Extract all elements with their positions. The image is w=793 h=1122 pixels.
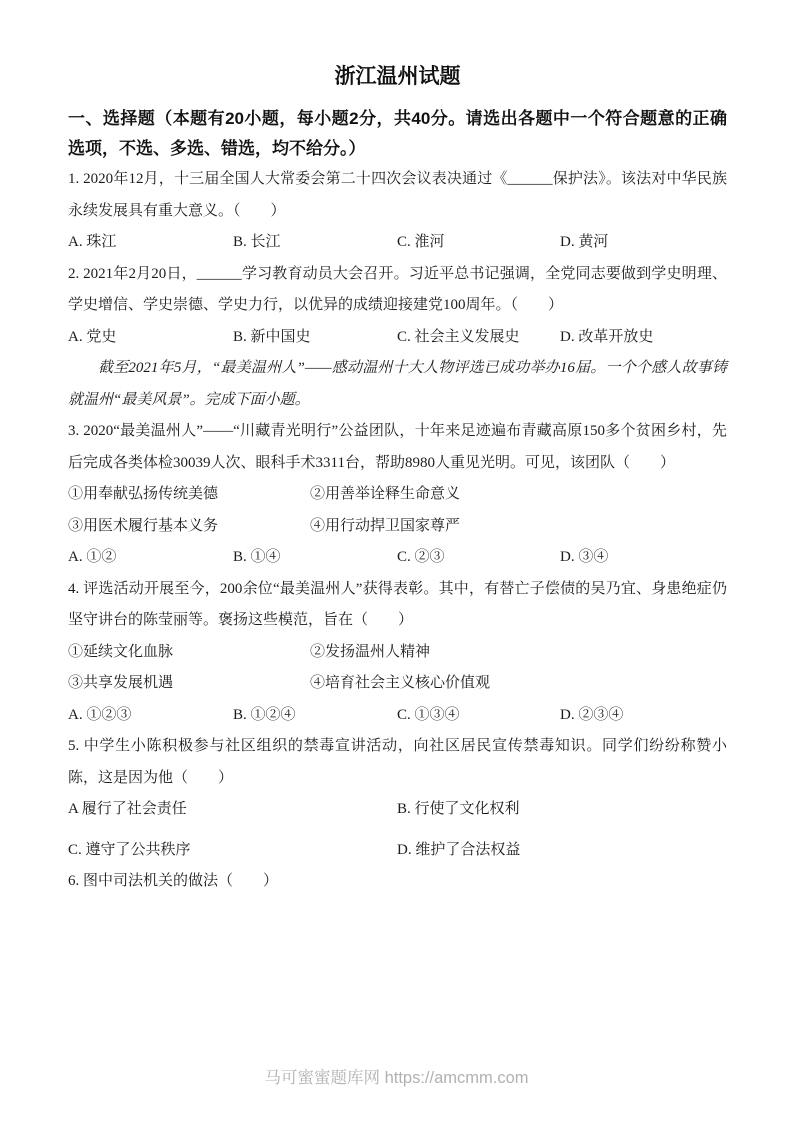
site-footer-watermark: 马可蜜蜜题库网 https://amcmm.com <box>0 1066 793 1090</box>
question-1-options: A. 珠江 B. 长江 C. 淮河 D. 黄河 <box>68 227 727 259</box>
question-4-subitem-2: ②发扬温州人精神 <box>310 637 727 669</box>
question-4-option-b: B. ①②④ <box>233 700 397 732</box>
question-4-subitem-1: ①延续文化血脉 <box>68 637 310 669</box>
question-3-subitem-1: ①用奉献弘扬传统美德 <box>68 479 310 511</box>
question-4-subitems-row-1: ①延续文化血脉 ②发扬温州人精神 <box>68 637 727 669</box>
question-1-stem: 1. 2020年12月，十三届全国人大常委会第二十四次会议表决通过《______… <box>68 164 727 227</box>
question-1-option-d: D. 黄河 <box>560 227 727 259</box>
question-5: 5. 中学生小陈积极参与社区组织的禁毒宣讲活动，向社区居民宣传禁毒知识。同学们纷… <box>68 731 727 866</box>
question-5-option-a: A 履行了社会责任 <box>68 794 397 826</box>
reading-passage: 截至2021年5月，“最美温州人”——感动温州十大人物评选已成功举办16届。一个… <box>68 353 727 416</box>
question-1-option-c: C. 淮河 <box>397 227 560 259</box>
question-2: 2. 2021年2月20日，______学习教育动员大会召开。习近平总书记强调，… <box>68 259 727 354</box>
question-4-option-c: C. ①③④ <box>397 700 560 732</box>
section-header: 一、选择题（本题有20小题，每小题2分，共40分。请选出各题中一个符合题意的正确… <box>68 104 727 164</box>
question-3-stem: 3. 2020“最美温州人”——“川藏青光明行”公益团队，十年来足迹遍布青藏高原… <box>68 416 727 479</box>
question-5-option-b: B. 行使了文化权利 <box>397 794 727 826</box>
question-2-option-a: A. 党史 <box>68 322 233 354</box>
question-6-stem: 6. 图中司法机关的做法（ ） <box>68 866 727 898</box>
question-3-subitem-2: ②用善举诠释生命意义 <box>310 479 727 511</box>
question-5-option-d: D. 维护了合法权益 <box>397 835 727 867</box>
question-4: 4. 评选活动开展至今，200余位“最美温州人”获得表彰。其中，有替亡子偿债的吴… <box>68 574 727 732</box>
question-4-subitem-4: ④培育社会主义核心价值观 <box>310 668 727 700</box>
question-2-option-d: D. 改革开放史 <box>560 322 727 354</box>
question-2-option-b: B. 新中国史 <box>233 322 397 354</box>
question-5-options-row-1: A 履行了社会责任 B. 行使了文化权利 <box>68 794 727 826</box>
question-3-subitems-row-2: ③用医术履行基本义务 ④用行动捍卫国家尊严 <box>68 511 727 543</box>
question-3-option-d: D. ③④ <box>560 542 727 574</box>
question-3-option-a: A. ①② <box>68 542 233 574</box>
question-3-option-c: C. ②③ <box>397 542 560 574</box>
question-5-option-c: C. 遵守了公共秩序 <box>68 835 397 867</box>
question-2-stem: 2. 2021年2月20日，______学习教育动员大会召开。习近平总书记强调，… <box>68 259 727 322</box>
question-4-options: A. ①②③ B. ①②④ C. ①③④ D. ②③④ <box>68 700 727 732</box>
question-1: 1. 2020年12月，十三届全国人大常委会第二十四次会议表决通过《______… <box>68 164 727 259</box>
question-1-option-b: B. 长江 <box>233 227 397 259</box>
question-3: 3. 2020“最美温州人”——“川藏青光明行”公益团队，十年来足迹遍布青藏高原… <box>68 416 727 574</box>
question-5-options-row-2: C. 遵守了公共秩序 D. 维护了合法权益 <box>68 835 727 867</box>
question-4-option-d: D. ②③④ <box>560 700 727 732</box>
question-2-options: A. 党史 B. 新中国史 C. 社会主义发展史 D. 改革开放史 <box>68 322 727 354</box>
document-page: 浙江温州试题 一、选择题（本题有20小题，每小题2分，共40分。请选出各题中一个… <box>0 0 793 1122</box>
question-3-option-b: B. ①④ <box>233 542 397 574</box>
question-1-option-a: A. 珠江 <box>68 227 233 259</box>
question-4-subitems-row-2: ③共享发展机遇 ④培育社会主义核心价值观 <box>68 668 727 700</box>
page-title: 浙江温州试题 <box>68 62 727 92</box>
question-4-subitem-3: ③共享发展机遇 <box>68 668 310 700</box>
question-4-option-a: A. ①②③ <box>68 700 233 732</box>
page-content: 浙江温州试题 一、选择题（本题有20小题，每小题2分，共40分。请选出各题中一个… <box>68 62 727 898</box>
question-2-option-c: C. 社会主义发展史 <box>397 322 560 354</box>
question-3-subitem-4: ④用行动捍卫国家尊严 <box>310 511 727 543</box>
question-3-subitem-3: ③用医术履行基本义务 <box>68 511 310 543</box>
question-6: 6. 图中司法机关的做法（ ） <box>68 866 727 898</box>
question-3-subitems-row-1: ①用奉献弘扬传统美德 ②用善举诠释生命意义 <box>68 479 727 511</box>
question-3-options: A. ①② B. ①④ C. ②③ D. ③④ <box>68 542 727 574</box>
question-4-stem: 4. 评选活动开展至今，200余位“最美温州人”获得表彰。其中，有替亡子偿债的吴… <box>68 574 727 637</box>
question-5-stem: 5. 中学生小陈积极参与社区组织的禁毒宣讲活动，向社区居民宣传禁毒知识。同学们纷… <box>68 731 727 794</box>
